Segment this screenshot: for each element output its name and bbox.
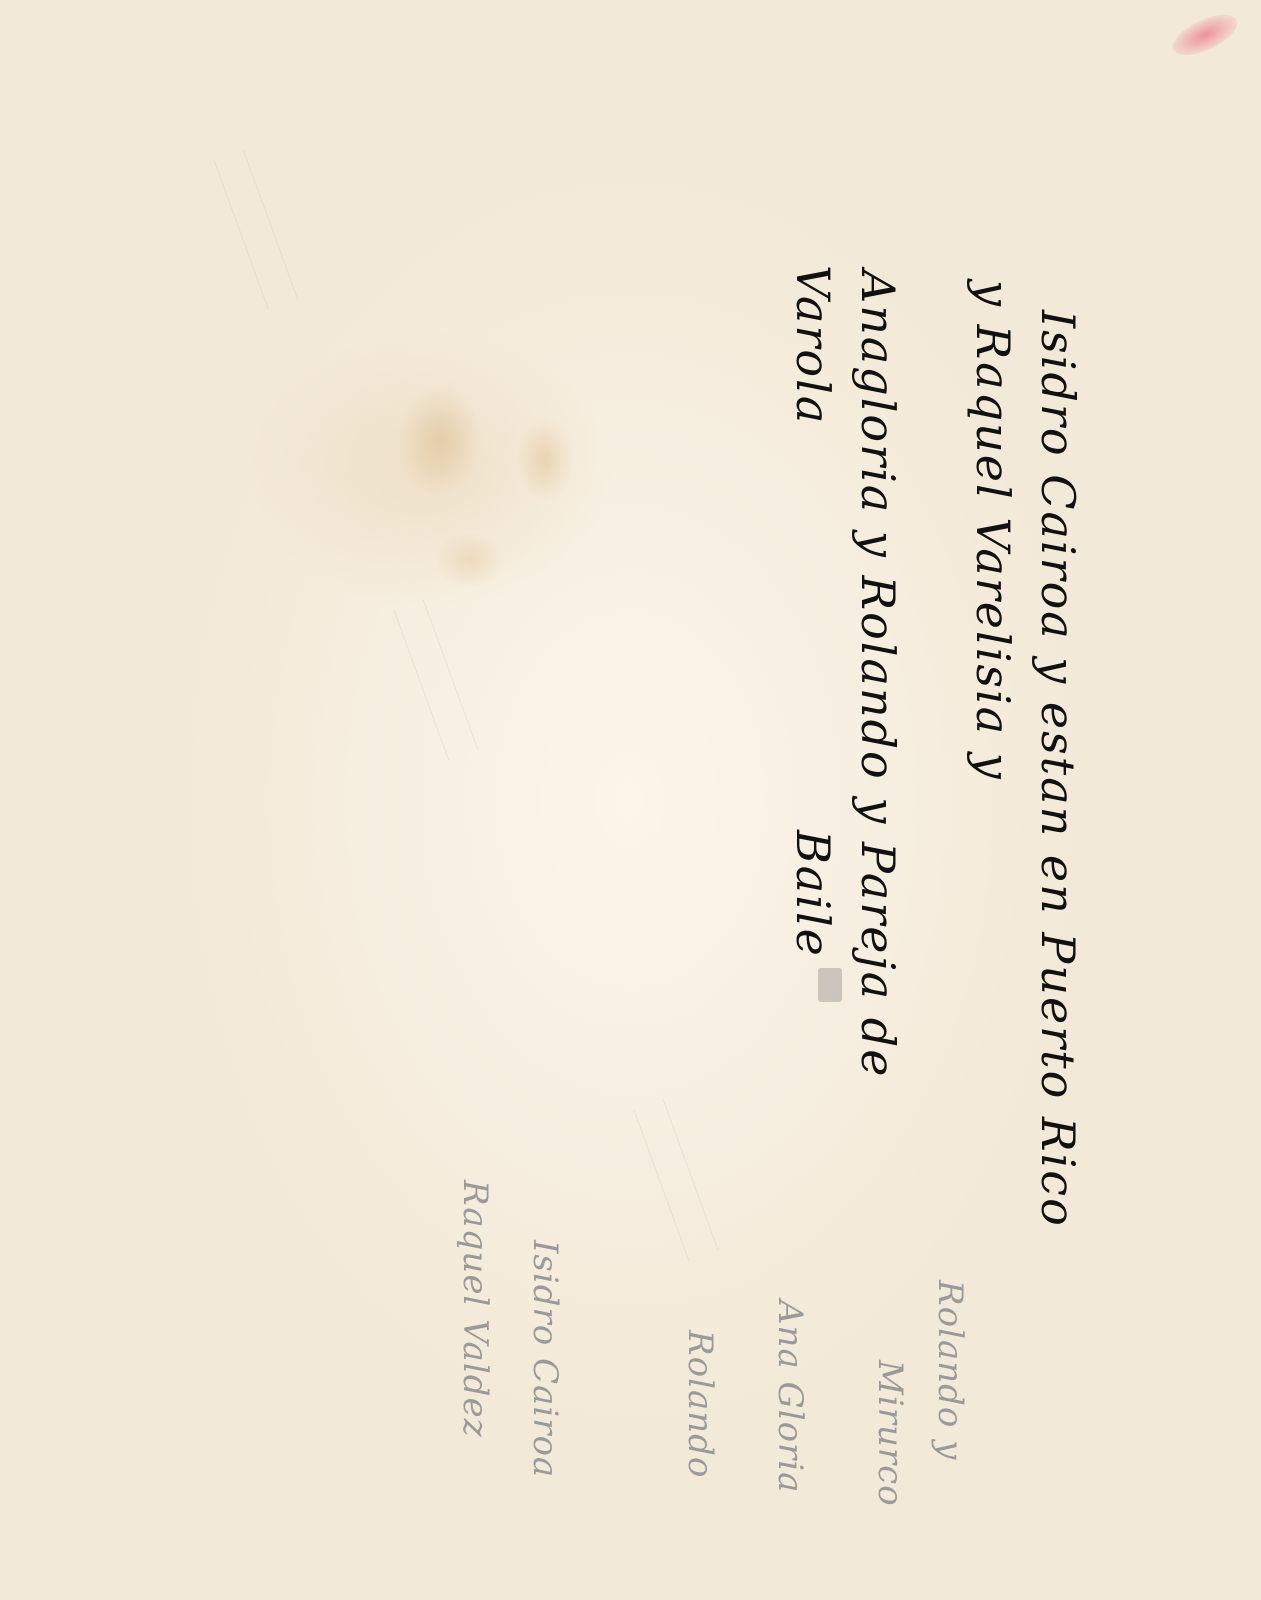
caption-text: Isidro Cairoa y estan en Puerto Rico: [1031, 310, 1085, 1228]
caption-text: y Raquel Varelisia y: [966, 280, 1020, 781]
signature-text: Isidro Cairoa: [525, 1240, 565, 1478]
signature-4: Rolando: [680, 1330, 720, 1478]
caption-text: Anagloria y Rolando y Pareja de: [851, 270, 905, 1078]
signature-5: Isidro Cairoa: [525, 1240, 565, 1478]
caption-line-3: Anagloria y Rolando y Pareja de: [851, 270, 905, 1078]
signature-text: Raquel Valdez: [455, 1180, 495, 1438]
caption-line-2: y Raquel Varelisia y: [966, 280, 1020, 781]
graphite-smudge: [818, 968, 842, 1002]
caption-line-4: Varola: [786, 265, 840, 425]
signature-3: Ana Gloria: [770, 1300, 810, 1493]
caption-text: Varola: [786, 265, 840, 425]
signature-text: Rolando y: [930, 1280, 970, 1460]
signature-text: Ana Gloria: [770, 1300, 810, 1493]
caption-line-5: Baile: [786, 830, 840, 958]
signature-text: Mirurco: [870, 1360, 910, 1507]
signature-2: Mirurco: [870, 1360, 910, 1507]
signature-1: Rolando y: [930, 1280, 970, 1460]
signature-6: Raquel Valdez: [455, 1180, 495, 1438]
signature-text: Rolando: [680, 1330, 720, 1478]
caption-line-1: Isidro Cairoa y estan en Puerto Rico: [1031, 310, 1085, 1228]
caption-text: Baile: [786, 830, 840, 958]
